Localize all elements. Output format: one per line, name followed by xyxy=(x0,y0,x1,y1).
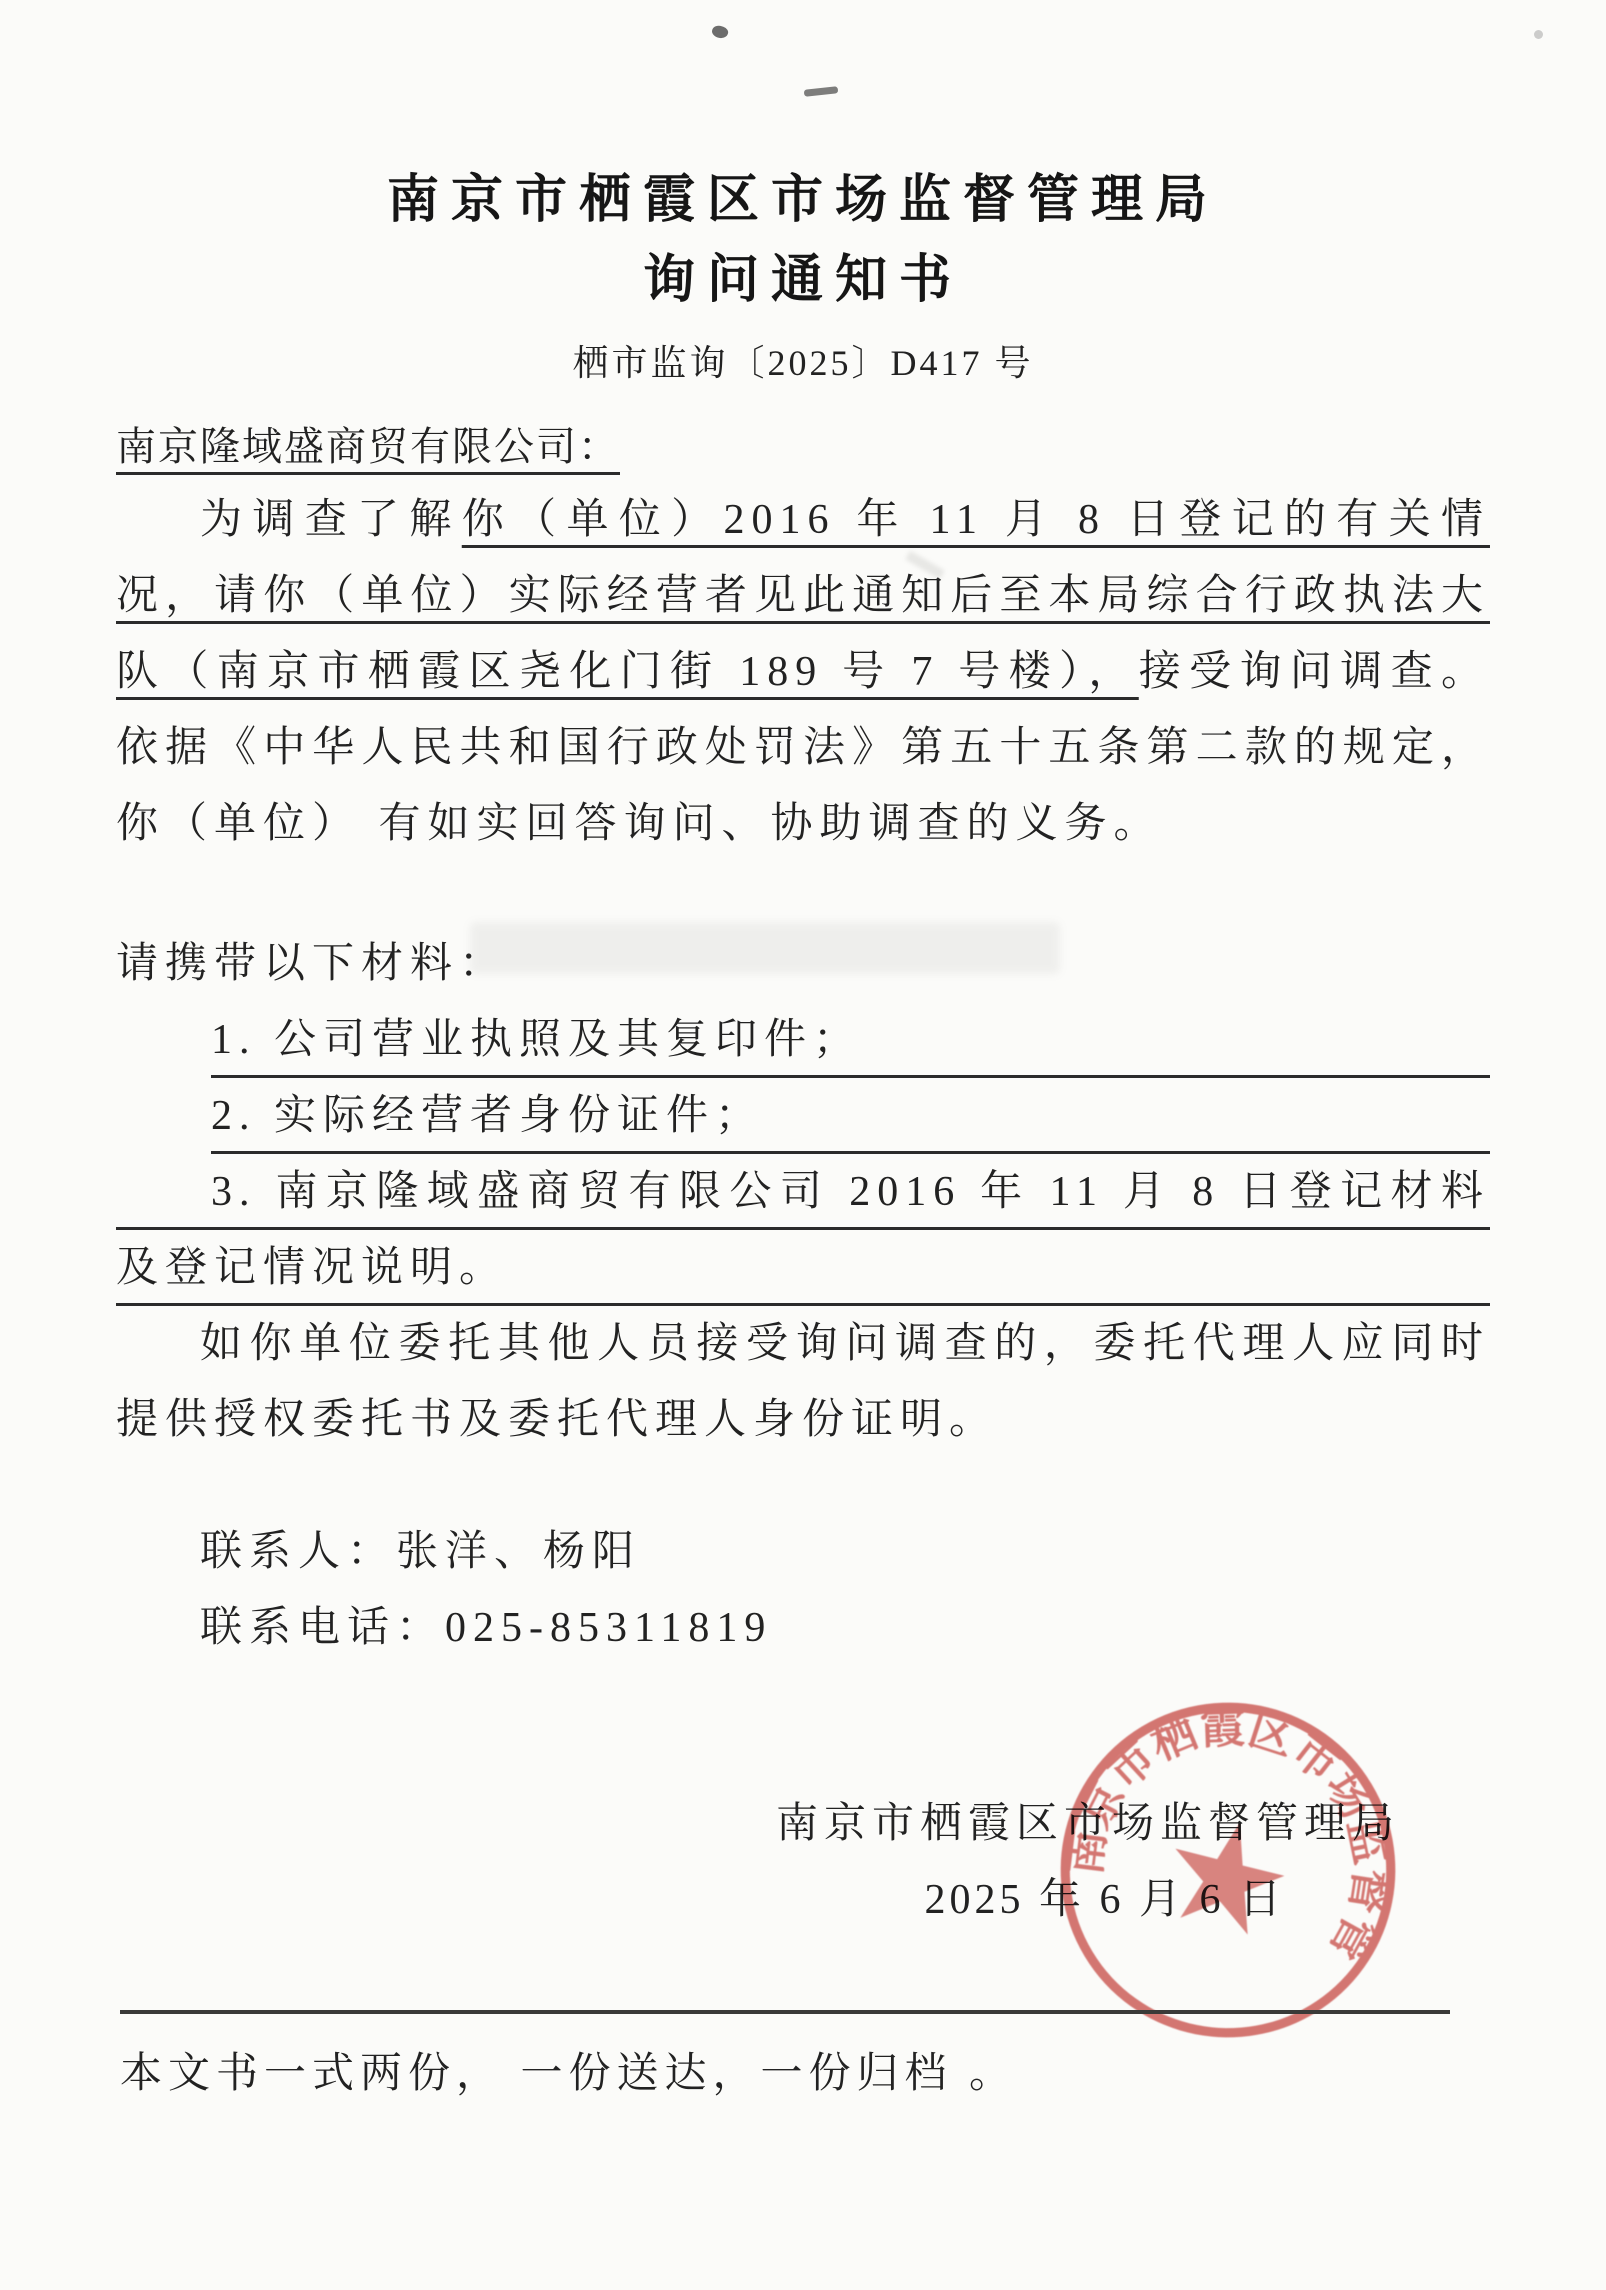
material-item-2: 2. 实际经营者身份证件； xyxy=(211,1078,1490,1154)
material-item-3: 3. 南京隆域盛商贸有限公司 2016 年 11 月 8 日登记材料及登记情况说… xyxy=(116,1154,1490,1306)
stamp-star-icon xyxy=(1160,1809,1295,1940)
footer: 本文书一式两份， 一份送达，一份归档 。 xyxy=(120,2010,1490,2100)
document-title: 询问通知书 xyxy=(116,248,1490,314)
footer-divider xyxy=(120,2010,1450,2014)
addressee-name: 南京隆域盛商贸有限公司： xyxy=(116,424,620,469)
document-number: 栖市监询〔2025〕D417 号 xyxy=(116,338,1490,388)
materials-intro: 请携带以下材料： xyxy=(116,926,1490,1002)
scan-noise-mark xyxy=(804,86,839,97)
contact-person-line: 联系人：张洋、杨阳 xyxy=(200,1514,1490,1590)
material-item-1: 1. 公司营业执照及其复印件； xyxy=(211,1002,1490,1078)
scan-noise-mark xyxy=(710,24,729,41)
paragraph-2: 如你单位委托其他人员接受询问调查的，委托代理人应同时提供授权委托书及委托代理人身… xyxy=(116,1306,1490,1458)
addressee-line: 南京隆域盛商贸有限公司： xyxy=(116,422,1490,472)
scan-noise-mark xyxy=(1534,30,1543,39)
agency-title: 南京市栖霞区市场监督管理局 xyxy=(116,168,1490,234)
contact-phone-line: 联系电话：025-85311819 xyxy=(200,1590,1490,1666)
paragraph-1: 为调查了解你（单位）2016 年 11 月 8 日登记的有关情况，请你（单位）实… xyxy=(116,482,1490,862)
footer-note: 本文书一式两份， 一份送达，一份归档 。 xyxy=(120,2040,1490,2100)
paragraph-1-plain-start: 为调查了解 xyxy=(200,497,462,543)
scanned-notice-page: 南京市栖霞区市场监督管理局 询问通知书 栖市监询〔2025〕D417 号 南京隆… xyxy=(0,0,1606,2290)
